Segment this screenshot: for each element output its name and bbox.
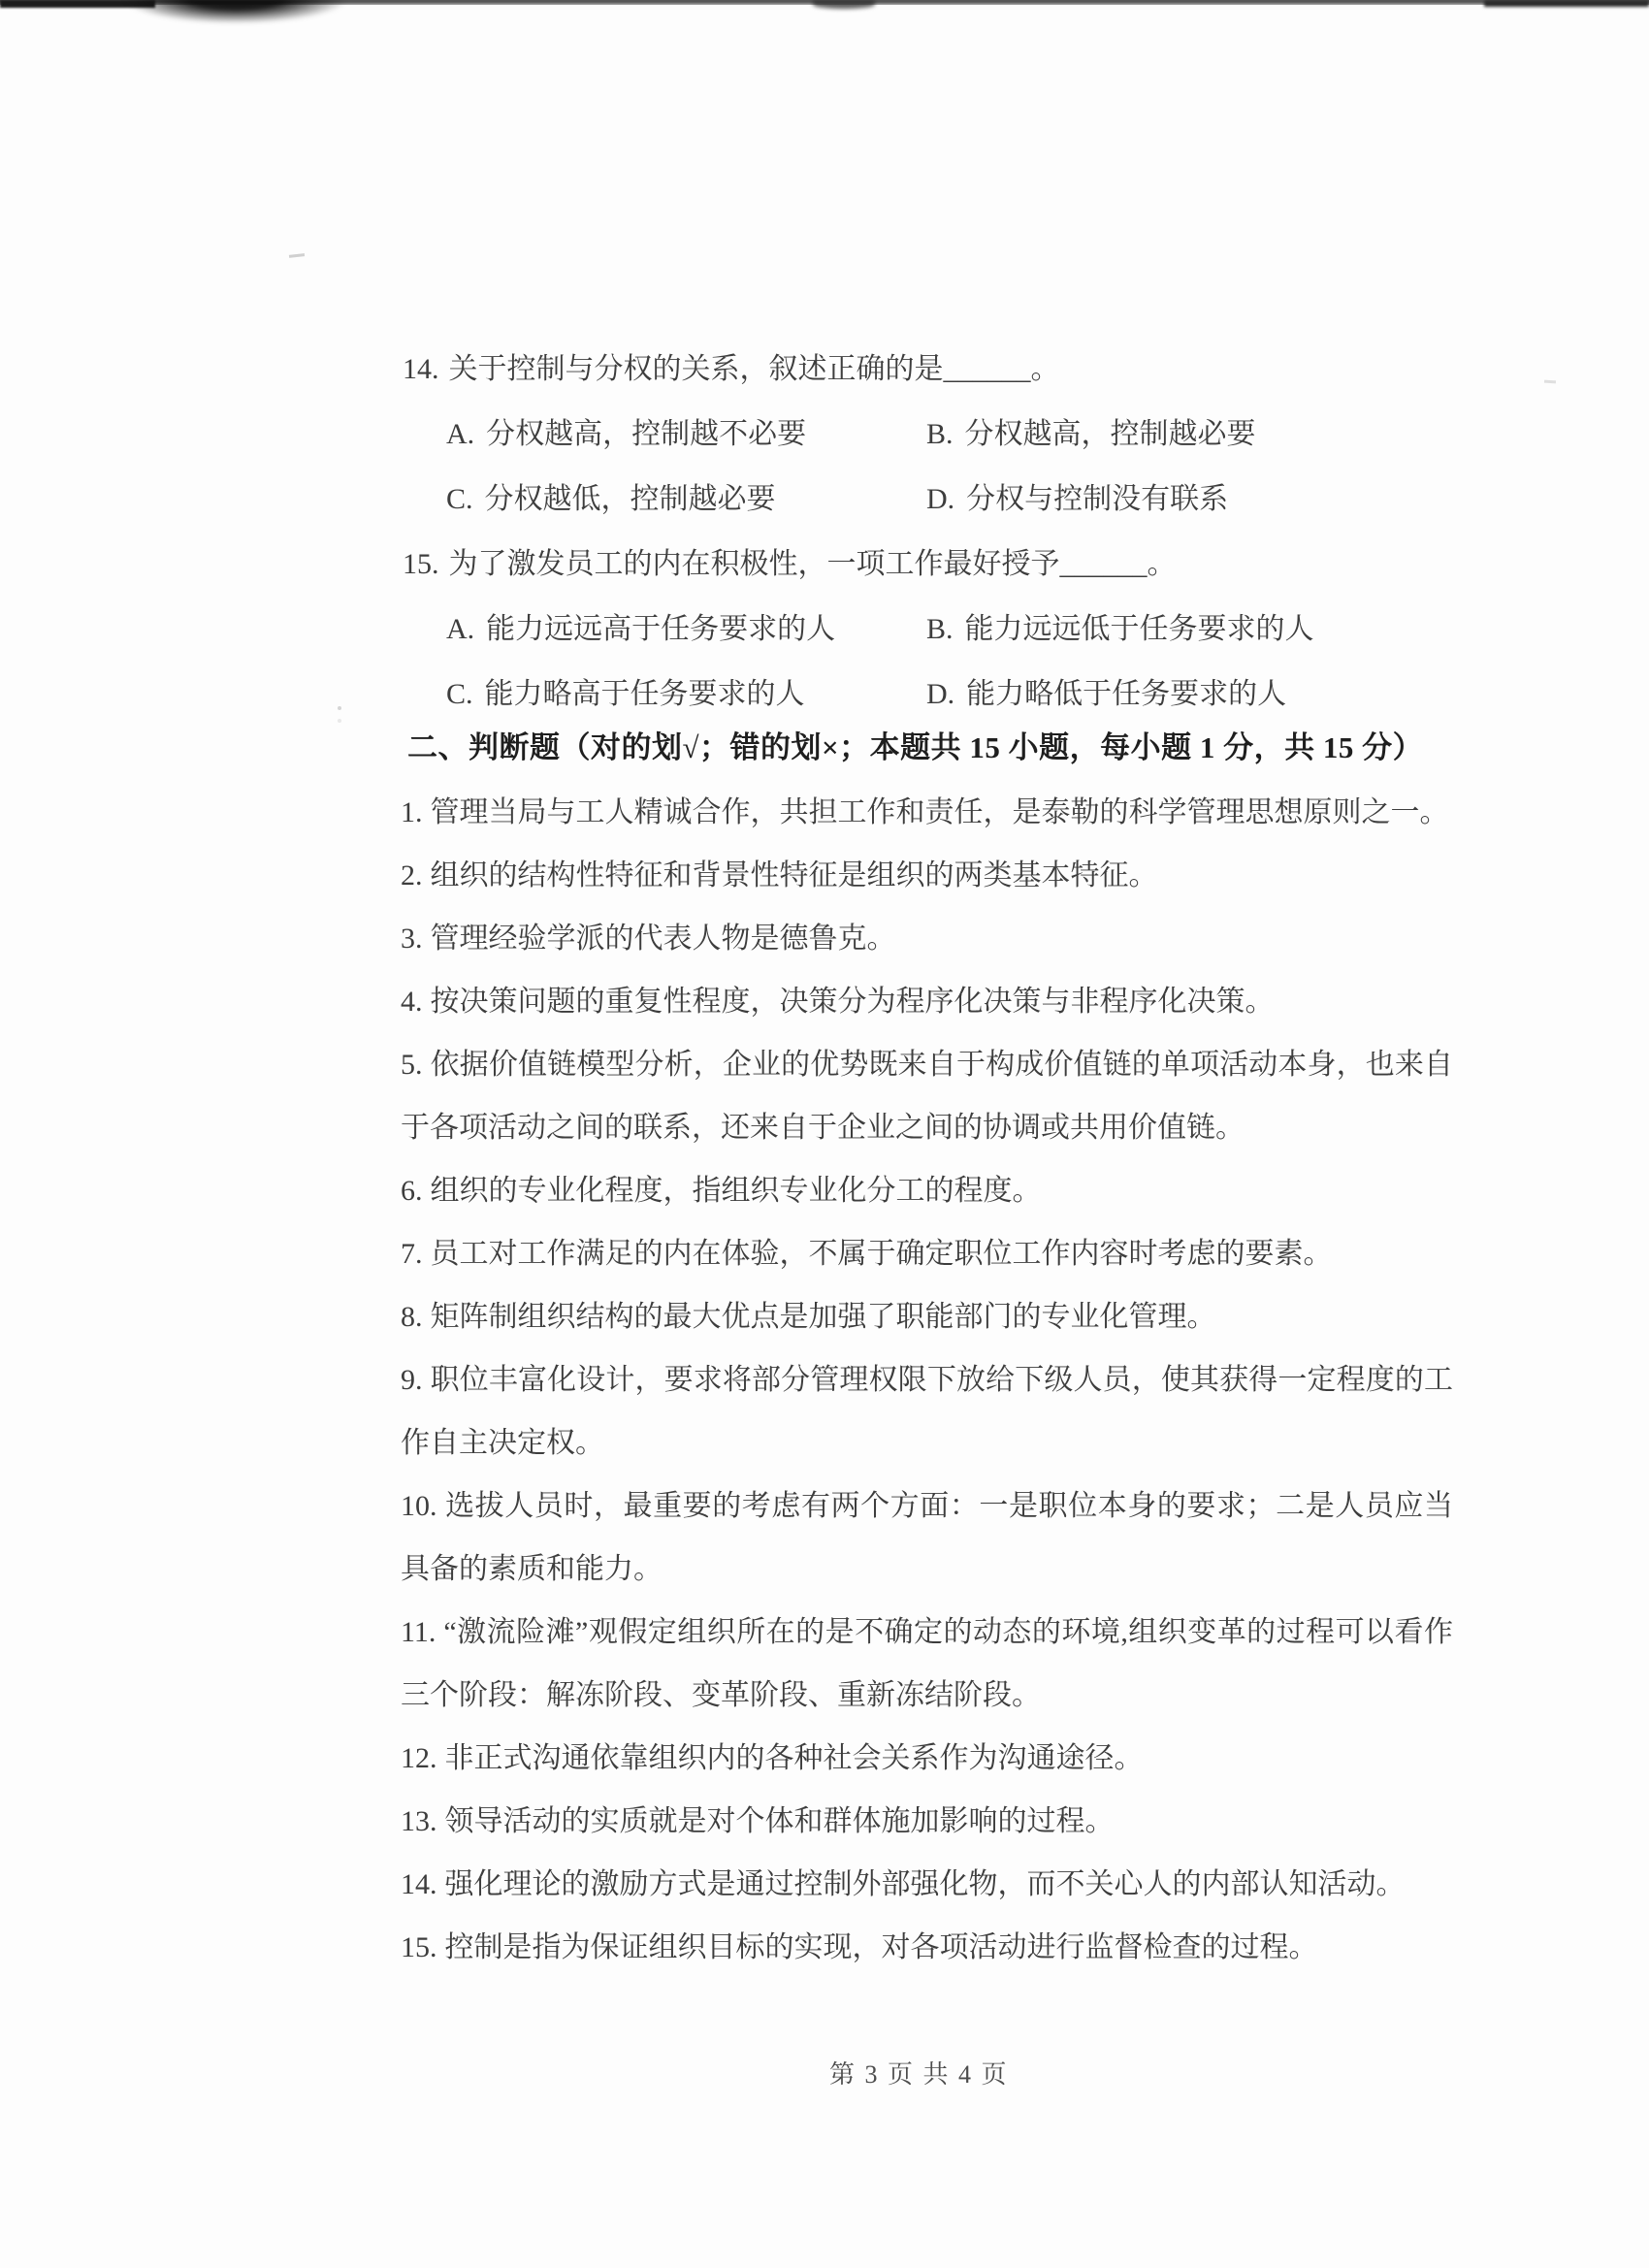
tf-item-number: 2.	[401, 859, 423, 891]
tf-item-number: 8.	[401, 1301, 423, 1333]
tf-item-text: 矩阵制组织结构的最大优点是加强了职能部门的专业化管理。	[431, 1301, 1216, 1333]
tf-item-text: 按决策问题的重复性程度，决策分为程序化决策与非程序化决策。	[431, 986, 1275, 1018]
tf-item-number: 7.	[401, 1238, 423, 1270]
option-text: 能力远远低于任务要求的人	[965, 613, 1314, 645]
scan-edge-bump	[813, 0, 875, 9]
tf-item-text: 管理经验学派的代表人物是德鲁克。	[431, 923, 896, 955]
question-text: 关于控制与分权的关系，叙述正确的是______。	[449, 353, 1060, 385]
tf-item-text: 管理当局与工人精诚合作，共担工作和责任，是泰勒的科学管理思想原则之一。	[431, 796, 1449, 828]
tf-item-text: 员工对工作满足的内在体验，不属于确定职位工作内容时考虑的要素。	[431, 1238, 1333, 1270]
question-number: 14.	[403, 353, 439, 385]
true-false-section-heading: 二、判断题（对的划√；错的划×；本题共 15 小题，每小题 1 分，共 15 分…	[407, 723, 1423, 766]
tf-item-3: 3.管理经验学派的代表人物是德鲁克。	[401, 907, 1453, 970]
tf-item-text: 强化理论的激励方式是通过控制外部强化物，而不关心人的内部认知活动。	[445, 1868, 1406, 1900]
tf-item-2: 2.组织的结构性特征和背景性特征是组织的两类基本特征。	[401, 844, 1453, 907]
tf-item-text: 组织的专业化程度，指组织专业化分工的程度。	[431, 1175, 1042, 1207]
option-label: C.	[446, 483, 473, 515]
question-number: 15.	[403, 548, 439, 580]
footer-page-indicator: 第 3 页 共 4 页	[829, 2060, 1009, 2089]
tf-item-text: “激流险滩”观假定组织所在的是不确定的动态的环境,组织变革的过程可以看作三个阶段…	[401, 1616, 1453, 1711]
tf-item-8: 8.矩阵制组织结构的最大优点是加强了职能部门的专业化管理。	[401, 1285, 1453, 1348]
tf-item-number: 10.	[401, 1490, 437, 1522]
option-a: A.分权越高，控制越不必要	[446, 402, 926, 467]
option-label: A.	[446, 613, 474, 645]
tf-item-7: 7.员工对工作满足的内在体验，不属于确定职位工作内容时考虑的要素。	[401, 1222, 1453, 1285]
tf-item-12: 12.非正式沟通依靠组织内的各种社会关系作为沟通途径。	[401, 1727, 1453, 1790]
tf-item-number: 9.	[401, 1364, 423, 1396]
tf-item-text: 组织的结构性特征和背景性特征是组织的两类基本特征。	[431, 859, 1158, 891]
tf-item-4: 4.按决策问题的重复性程度，决策分为程序化决策与非程序化决策。	[401, 970, 1453, 1033]
option-label: B.	[926, 613, 954, 645]
tf-item-text: 职位丰富化设计，要求将部分管理权限下放给下级人员，使其获得一定程度的工作自主决定…	[401, 1364, 1453, 1459]
option-text: 分权越低，控制越必要	[485, 483, 776, 515]
question-15-options-row-1: A.能力远远高于任务要求的人 B.能力远远低于任务要求的人	[403, 597, 1455, 662]
question-15: 15.为了激发员工的内在积极性，一项工作最好授予______。	[403, 532, 1455, 597]
tf-item-14: 14.强化理论的激励方式是通过控制外部强化物，而不关心人的内部认知活动。	[401, 1853, 1453, 1916]
tf-item-number: 6.	[401, 1175, 423, 1207]
option-text: 能力略高于任务要求的人	[485, 678, 805, 710]
exam-content: 14.关于控制与分权的关系，叙述正确的是______。 A.分权越高，控制越不必…	[403, 337, 1455, 727]
option-c: C.能力略高于任务要求的人	[446, 662, 926, 727]
option-d: D.能力略低于任务要求的人	[926, 662, 1455, 727]
option-text: 能力远远高于任务要求的人	[486, 613, 835, 645]
scan-speck	[338, 706, 341, 710]
option-text: 分权越高，控制越不必要	[486, 418, 806, 450]
multiple-choice-section: 14.关于控制与分权的关系，叙述正确的是______。 A.分权越高，控制越不必…	[403, 337, 1455, 727]
tf-item-text: 领导活动的实质就是对个体和群体施加影响的过程。	[445, 1805, 1115, 1837]
tf-item-number: 11.	[401, 1616, 436, 1648]
scan-speck	[1544, 380, 1556, 384]
tf-item-number: 3.	[401, 923, 423, 955]
scan-edge-dark-segment-right	[1484, 0, 1649, 7]
option-a: A.能力远远高于任务要求的人	[446, 597, 926, 662]
option-label: A.	[446, 418, 474, 450]
true-false-section: 1.管理当局与工人精诚合作，共担工作和责任，是泰勒的科学管理思想原则之一。 2.…	[401, 781, 1453, 1979]
option-label: D.	[926, 678, 954, 710]
scan-speck	[289, 253, 305, 258]
tf-item-number: 15.	[401, 1931, 437, 1963]
tf-item-text: 控制是指为保证组织目标的实现，对各项活动进行监督检查的过程。	[445, 1931, 1318, 1963]
option-b: B.分权越高，控制越必要	[926, 402, 1455, 467]
tf-item-13: 13.领导活动的实质就是对个体和群体施加影响的过程。	[401, 1790, 1453, 1853]
tf-item-10: 10.选拔人员时，最重要的考虑有两个方面：一是职位本身的要求；二是人员应当具备的…	[401, 1474, 1453, 1601]
tf-item-number: 1.	[401, 796, 423, 828]
option-label: B.	[926, 418, 954, 450]
option-text: 能力略低于任务要求的人	[966, 678, 1286, 710]
tf-item-1: 1.管理当局与工人精诚合作，共担工作和责任，是泰勒的科学管理思想原则之一。	[401, 781, 1453, 844]
tf-item-15: 15.控制是指为保证组织目标的实现，对各项活动进行监督检查的过程。	[401, 1916, 1453, 1979]
tf-item-number: 13.	[401, 1805, 437, 1837]
tf-item-5: 5.依据价值链模型分析，企业的优势既来自于构成价值链的单项活动本身，也来自于各项…	[401, 1033, 1453, 1159]
tf-item-number: 4.	[401, 986, 423, 1018]
scan-artifact-top-edge	[0, 0, 1649, 31]
option-c: C.分权越低，控制越必要	[446, 467, 926, 532]
page-footer: 第 3 页 共 4 页	[829, 2055, 1009, 2090]
tf-item-11: 11.“激流险滩”观假定组织所在的是不确定的动态的环境,组织变革的过程可以看作三…	[401, 1601, 1453, 1727]
option-b: B.能力远远低于任务要求的人	[926, 597, 1455, 662]
option-text: 分权越高，控制越必要	[965, 418, 1256, 450]
question-14-options-row-2: C.分权越低，控制越必要 D.分权与控制没有联系	[403, 467, 1455, 532]
option-d: D.分权与控制没有联系	[926, 467, 1455, 532]
tf-item-text: 选拔人员时，最重要的考虑有两个方面：一是职位本身的要求；二是人员应当具备的素质和…	[401, 1490, 1453, 1585]
tf-item-9: 9.职位丰富化设计，要求将部分管理权限下放给下级人员，使其获得一定程度的工作自主…	[401, 1348, 1453, 1474]
tf-item-6: 6.组织的专业化程度，指组织专业化分工的程度。	[401, 1159, 1453, 1222]
question-14-options-row-1: A.分权越高，控制越不必要 B.分权越高，控制越必要	[403, 402, 1455, 467]
question-14: 14.关于控制与分权的关系，叙述正确的是______。	[403, 337, 1455, 402]
option-text: 分权与控制没有联系	[966, 483, 1228, 515]
tf-item-number: 5.	[401, 1049, 423, 1081]
question-text: 为了激发员工的内在积极性，一项工作最好授予______。	[449, 548, 1177, 580]
tf-item-text: 依据价值链模型分析，企业的优势既来自于构成价值链的单项活动本身，也来自于各项活动…	[401, 1049, 1453, 1144]
tf-item-number: 14.	[401, 1868, 437, 1900]
option-label: C.	[446, 678, 473, 710]
tf-item-number: 12.	[401, 1742, 437, 1774]
question-15-options-row-2: C.能力略高于任务要求的人 D.能力略低于任务要求的人	[403, 662, 1455, 727]
tf-item-text: 非正式沟通依靠组织内的各种社会关系作为沟通途径。	[445, 1742, 1144, 1774]
option-label: D.	[926, 483, 954, 515]
scan-edge-blob	[124, 0, 347, 23]
